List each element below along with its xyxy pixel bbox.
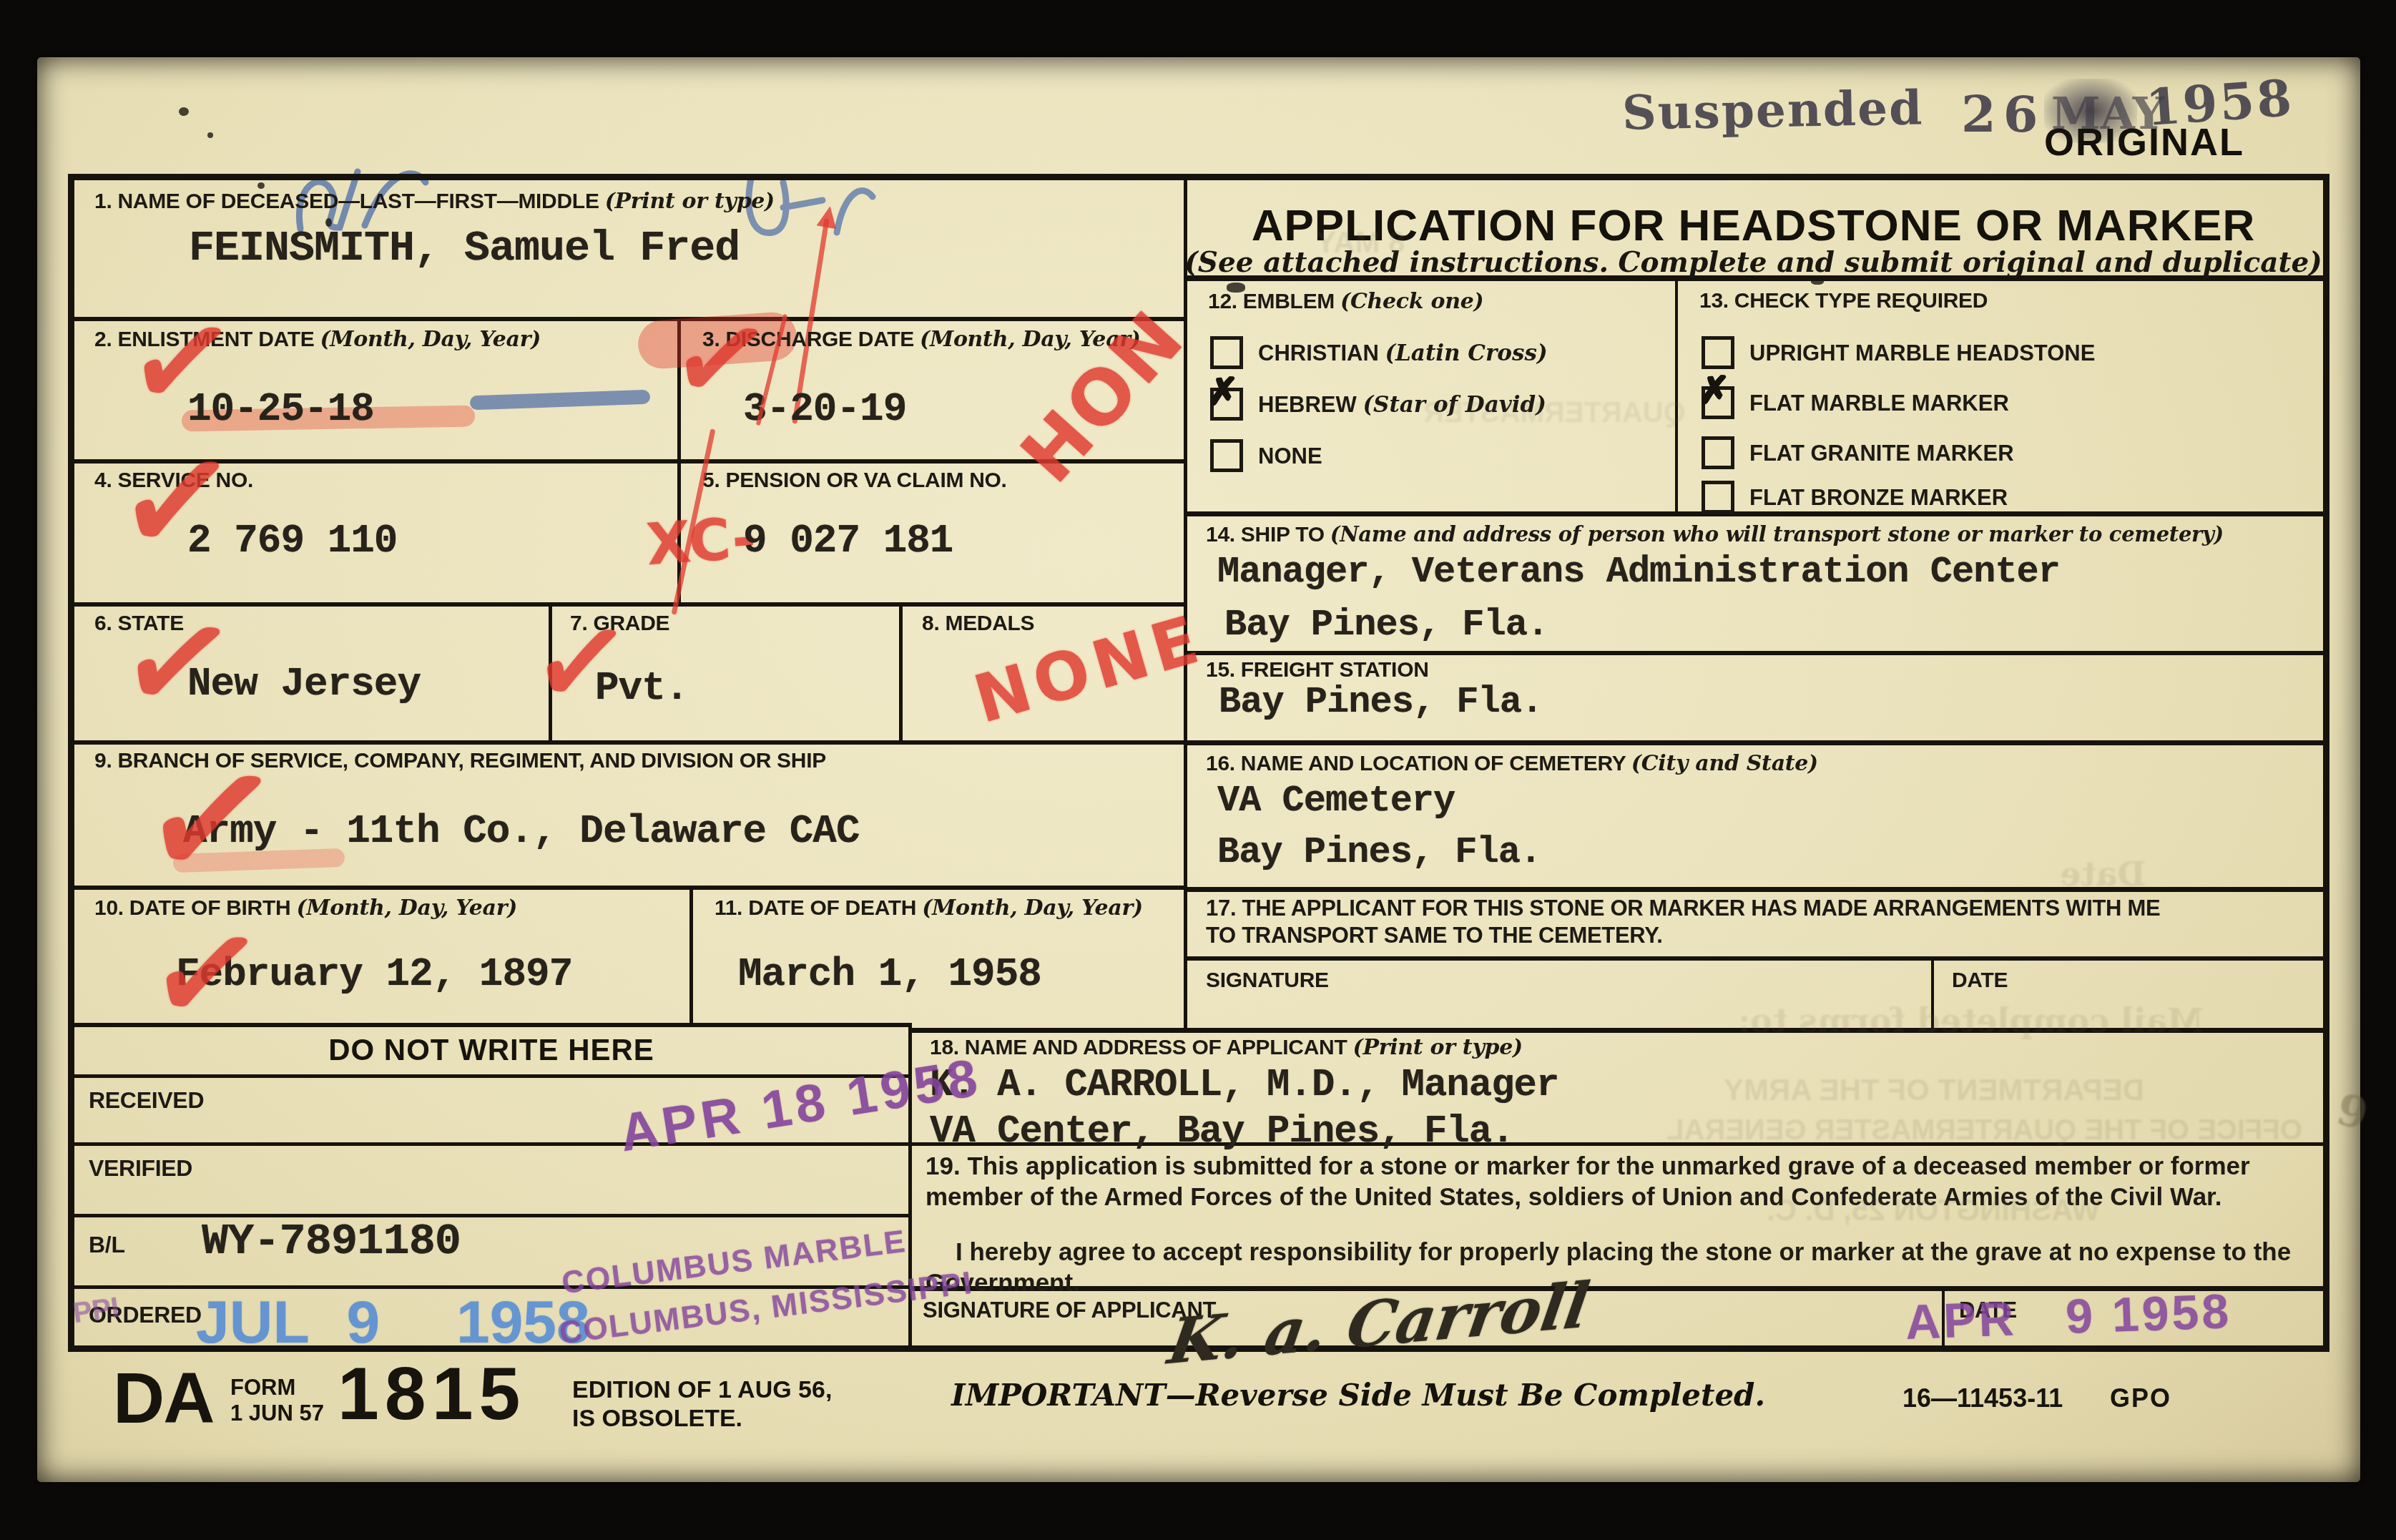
option-christian: CHRISTIAN (Latin Cross): [1258, 340, 1548, 366]
grid-line: [74, 1142, 908, 1146]
field3-value: 3-20-19: [743, 386, 906, 432]
field7-label: 7. GRADE: [570, 612, 669, 636]
field10-label: 10. DATE OF BIRTH (Month, Day, Year): [94, 896, 517, 921]
field15-value: Bay Pines, Fla.: [1219, 681, 1543, 723]
suspended-stamp-day: 26: [1961, 84, 2045, 144]
vendor-stamp-overflow: PPI: [71, 1292, 121, 1330]
checkbox-flat-bronze[interactable]: [1702, 481, 1734, 514]
grid-line: [74, 740, 1184, 745]
grid-line: [689, 886, 693, 1023]
field1-label: 1. NAME OF DECEASED—LAST—FIRST—MIDDLE (P…: [94, 189, 775, 214]
field5-label: 5. PENSION OR VA CLAIM NO.: [702, 469, 1007, 493]
grid-line: [1184, 956, 2323, 961]
footer-important-note: IMPORTANT—Reverse Side Must Be Completed…: [951, 1378, 1765, 1413]
field9-value: Army - 11th Co., Delaware CAC: [183, 808, 860, 854]
field14-label: 14. SHIP TO (Name and address of person …: [1206, 522, 2224, 547]
grid-line: [74, 1214, 908, 1217]
received-label: RECEIVED: [89, 1087, 204, 1114]
checkbox-flat-marble-mark: ✗: [1699, 378, 1730, 403]
paper-speck: [207, 132, 213, 138]
field3-label: 3. DISCHARGE DATE (Month, Day, Year): [702, 327, 1141, 352]
scanned-form-photo: Suspended 26 MAY 1958 ORIGINAL: [0, 0, 2396, 1540]
field6-value: New Jersey: [187, 661, 421, 707]
field6-label: 6. STATE: [94, 612, 184, 636]
red-arrow-head: [817, 205, 840, 229]
option-upright-marble: UPRIGHT MARBLE HEADSTONE: [1749, 340, 2095, 366]
field11-label: 11. DATE OF DEATH (Month, Day, Year): [715, 896, 1143, 921]
field13-label: 13. CHECK TYPE REQUIRED: [1699, 289, 1988, 313]
option-flat-marble: FLAT MARBLE MARKER: [1749, 391, 2009, 416]
form-subtitle: (See attached instructions. Complete and…: [1184, 246, 2323, 279]
suspended-stamp: Suspended: [1621, 79, 1924, 140]
red-annotation-xc: XC-: [644, 509, 757, 574]
grid-line: [74, 886, 1184, 890]
grid-line: [1184, 887, 2323, 892]
field18-line2: VA Center, Bay Pines, Fla.: [930, 1110, 1514, 1154]
field1-value: FEINSMITH, Samuel Fred: [189, 225, 740, 273]
applicant-date-stamp: APR 9 1958: [1905, 1283, 2233, 1350]
grid-line: [1184, 511, 2323, 516]
grid-line: [74, 602, 1184, 607]
field17-signature-label: SIGNATURE: [1206, 968, 1329, 993]
grid-line: [899, 602, 903, 740]
field16-line1: VA Cemetery: [1217, 780, 1455, 822]
ordered-date-stamp: JUL 9 1958: [196, 1288, 590, 1357]
footer-form-number: 1815: [338, 1352, 526, 1437]
grid-line: [74, 459, 1184, 464]
field17-date-label: DATE: [1952, 968, 2008, 993]
option-flat-bronze: FLAT BRONZE MARKER: [1749, 485, 2008, 511]
do-not-write-title: DO NOT WRITE HERE: [74, 1033, 908, 1067]
bl-label: B/L: [89, 1232, 125, 1258]
field7-value: Pvt.: [595, 665, 688, 711]
form-title: APPLICATION FOR HEADSTONE OR MARKER: [1184, 200, 2323, 251]
grid-line: [549, 602, 552, 740]
paper-speck: [179, 107, 189, 116]
footer-gpo: GPO: [2110, 1383, 2171, 1413]
field1-middle-name: Fred: [639, 225, 740, 273]
grid-line: [1184, 651, 2323, 655]
field17-text: 17. THE APPLICANT FOR THIS STONE OR MARK…: [1206, 896, 2160, 921]
form-card: 1. NAME OF DECEASED—LAST—FIRST—MIDDLE (P…: [68, 174, 2329, 1352]
field16-line2: Bay Pines, Fla.: [1217, 831, 1541, 873]
field17-text2: TO TRANSPORT SAME TO THE CEMETERY.: [1206, 923, 1663, 948]
field18-line1: K. A. CARROLL, M.D., Manager: [930, 1064, 1558, 1107]
field9-label: 9. BRANCH OF SERVICE, COMPANY, REGIMENT,…: [94, 749, 826, 773]
footer-edition-line2: IS OBSOLETE.: [572, 1405, 742, 1433]
footer-edition-line1: EDITION OF 1 AUG 56,: [572, 1376, 832, 1404]
field14-line2: Bay Pines, Fla.: [1224, 604, 1548, 646]
footer-form-org: DA: [113, 1358, 213, 1440]
field19-paragraph1: 19. This application is submitted for a …: [925, 1152, 2317, 1212]
option-none: NONE: [1258, 443, 1322, 469]
field14-line1: Manager, Veterans Administration Center: [1217, 551, 2060, 593]
field2-value: 10-25-18: [187, 386, 374, 432]
bl-value: WY-7891180: [202, 1216, 461, 1267]
field12-label: 12. EMBLEM (Check one): [1208, 289, 1483, 314]
field4-label: 4. SERVICE NO.: [94, 469, 253, 493]
checkbox-upright-marble[interactable]: [1702, 336, 1734, 369]
field4-value: 2 769 110: [187, 518, 397, 564]
checkbox-christian[interactable]: [1210, 336, 1243, 369]
option-hebrew: HEBREW (Star of David): [1258, 392, 1546, 418]
signature-of-applicant-label: SIGNATURE OF APPLICANT: [923, 1298, 1216, 1323]
blue-underline: [470, 390, 651, 411]
original-label: ORIGINAL: [2044, 120, 2244, 165]
field18-label: 18. NAME AND ADDRESS OF APPLICANT (Print…: [930, 1035, 1523, 1060]
footer-form-word: FORM: [230, 1375, 295, 1401]
grid-line: [74, 1023, 912, 1027]
field16-label: 16. NAME AND LOCATION OF CEMETERY (City …: [1206, 751, 1818, 776]
field8-label: 8. MEDALS: [922, 612, 1034, 636]
checkbox-none[interactable]: [1210, 439, 1243, 472]
grid-line: [1931, 956, 1934, 1028]
footer-form-date: 1 JUN 57: [230, 1401, 324, 1426]
field5-value: 9 027 181: [743, 518, 953, 564]
footer-print-code: 16—11453-11: [1902, 1383, 2063, 1413]
option-flat-granite: FLAT GRANITE MARKER: [1749, 441, 2014, 466]
grid-line: [1184, 180, 1187, 1028]
verified-label: VERIFIED: [89, 1155, 192, 1182]
grid-line: [908, 1028, 2323, 1033]
grid-line: [677, 317, 681, 602]
field11-value: March 1, 1958: [738, 951, 1041, 997]
grid-line: [1184, 740, 2323, 745]
field10-value: February 12, 1897: [176, 951, 572, 997]
grid-line: [1675, 281, 1678, 511]
field2-label: 2. ENLISTMENT DATE (Month, Day, Year): [94, 327, 541, 352]
checkbox-hebrew-mark: ✗: [1207, 379, 1239, 405]
grid-line: [74, 317, 1184, 321]
checkbox-flat-granite[interactable]: [1702, 436, 1734, 469]
field15-label: 15. FREIGHT STATION: [1206, 658, 1429, 682]
